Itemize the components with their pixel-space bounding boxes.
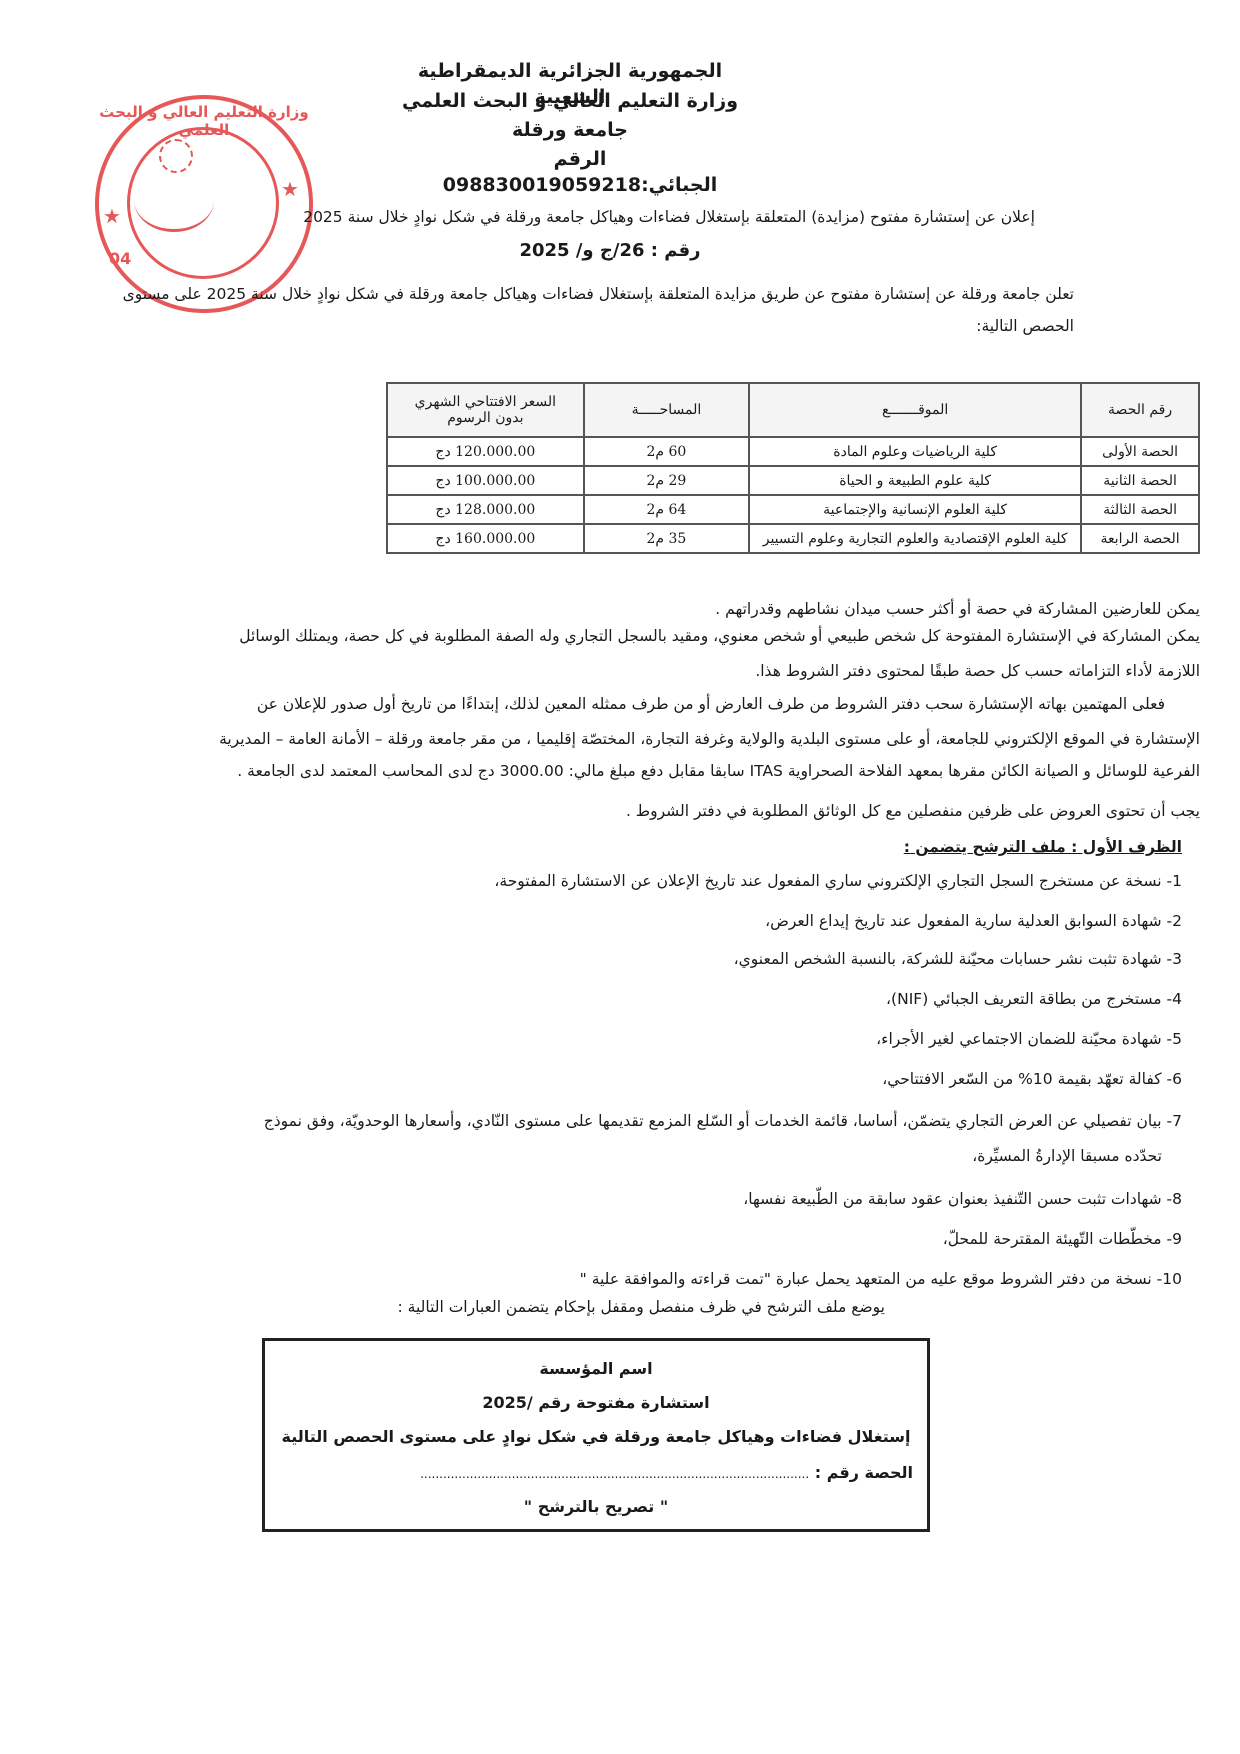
- requirement-item: 1- نسخة عن مستخرج السجل التجاري الإلكترو…: [494, 870, 1182, 892]
- stamp-code: 04: [109, 249, 131, 268]
- requirement-item-continuation: تحدّده مسبقا الإدارةُ المسيِّرة،: [972, 1145, 1162, 1167]
- lots-table: رقم الحصة الموقـــــــع المساحـــــة الس…: [386, 382, 1200, 554]
- requirement-item: 6- كفالة تعهّد بقيمة 10% من السّعر الافت…: [882, 1068, 1182, 1090]
- announcement-title: إعلان عن إستشارة مفتوح (مزايدة) المتعلقة…: [303, 206, 1035, 228]
- requirement-item: 4- مستخرج من بطاقة التعريف الجبائي (NIF)…: [886, 988, 1182, 1010]
- box-institution-name: اسم المؤسسة: [265, 1359, 927, 1378]
- requirement-text: نسخة عن مستخرج السجل التجاري الإلكتروني …: [494, 872, 1161, 890]
- box-lot-label: الحصة رقم :: [815, 1463, 913, 1482]
- requirement-item: 5- شهادة محيّنة للضمان الاجتماعي لغير ال…: [876, 1028, 1182, 1050]
- requirement-number: 9-: [1167, 1230, 1182, 1248]
- header-price-line2: بدون الرسوم: [392, 410, 579, 426]
- requirement-text: شهادات تثبت حسن التّنفيذ بعنوان عقود ساب…: [743, 1190, 1161, 1208]
- requirement-number: 10-: [1157, 1270, 1182, 1288]
- cell-price: 100.000.00 دج: [387, 466, 584, 495]
- requirement-text: نسخة من دفتر الشروط موقع عليه من المتعهد…: [580, 1270, 1152, 1288]
- requirement-number: 2-: [1167, 912, 1182, 930]
- box-lot-line: الحصة رقم : ............................…: [265, 1463, 927, 1482]
- stamp-crescent-emblem: [134, 169, 214, 232]
- requirement-item: 9- مخطّطات التّهيئة المقترحة للمحلّ،: [943, 1228, 1182, 1250]
- requirement-text: شهادة تثبت نشر حسابات محيّنة للشركة، بال…: [734, 950, 1162, 968]
- cell-price: 160.000.00 دج: [387, 524, 584, 553]
- ministry-title: وزارة التعليم العالي و البحث العلمي: [380, 88, 760, 114]
- cell-lot: الحصة الرابعة: [1081, 524, 1199, 553]
- document-page: الجمهورية الجزائرية الديمقراطية الشعبية …: [0, 0, 1240, 1754]
- star-icon: ★: [103, 204, 121, 228]
- envelope-note: يوضع ملف الترشح في ظرف منفصل ومقفل بإحكا…: [398, 1296, 886, 1318]
- cell-price: 120.000.00 دج: [387, 437, 584, 466]
- cell-price: 128.000.00 دج: [387, 495, 584, 524]
- requirement-text: بيان تفصيلي عن العرض التجاري يتضمّن، أسا…: [264, 1112, 1162, 1130]
- cell-lot: الحصة الثانية: [1081, 466, 1199, 495]
- cell-lot: الحصة الأولى: [1081, 437, 1199, 466]
- envelope-label-box: اسم المؤسسة استشارة مفتوحة رقم /2025 إست…: [262, 1338, 930, 1532]
- requirement-text: مستخرج من بطاقة التعريف الجبائي (NIF)،: [886, 990, 1162, 1008]
- paragraph-withdrawal-1: فعلى المهتمين بهاته الإستشارة سحب دفتر ا…: [257, 693, 1165, 715]
- box-declaration: " تصريح بالترشح ": [265, 1497, 927, 1516]
- box-subject: إستغلال فضاءات وهياكل جامعة ورقلة في شكل…: [265, 1427, 927, 1446]
- paragraph-participation: يمكن للعارضين المشاركة في حصة أو أكثر حس…: [715, 598, 1200, 620]
- paragraph-eligibility-2: اللازمة لأداء التزاماته حسب كل حصة طبقًا…: [755, 660, 1200, 682]
- cell-lot: الحصة الثالثة: [1081, 495, 1199, 524]
- announcement-reference: رقم : 26/ج و/ 2025: [480, 240, 740, 261]
- section-title-first-envelope: الظرف الأول : ملف الترشح يتضمن :: [904, 836, 1182, 858]
- requirement-number: 6-: [1167, 1070, 1182, 1088]
- requirement-text: شهادة محيّنة للضمان الاجتماعي لغير الأجر…: [876, 1030, 1161, 1048]
- cell-area: 29 م2: [584, 466, 749, 495]
- intro-line-2: الحصص التالية:: [976, 315, 1074, 337]
- box-lot-dots: ........................................…: [420, 1467, 809, 1481]
- tax-id-line: الرقم الجبائي:098830019059218: [430, 146, 730, 198]
- table-header-row: رقم الحصة الموقـــــــع المساحـــــة الس…: [387, 383, 1199, 437]
- star-icon: ★: [281, 177, 299, 201]
- header-lot: رقم الحصة: [1081, 383, 1199, 437]
- cell-location: كلية العلوم الإنسانية والإجتماعية: [749, 495, 1081, 524]
- requirement-number: 4-: [1167, 990, 1182, 1008]
- requirement-number: 1-: [1167, 872, 1182, 890]
- paragraph-eligibility-1: يمكن المشاركة في الإستشارة المفتوحة كل ش…: [239, 625, 1200, 647]
- university-name: جامعة ورقلة: [380, 117, 760, 143]
- table-row: الحصة الأولى كلية الرياضيات وعلوم المادة…: [387, 437, 1199, 466]
- cell-area: 35 م2: [584, 524, 749, 553]
- requirement-item: 7- بيان تفصيلي عن العرض التجاري يتضمّن، …: [264, 1110, 1182, 1132]
- paragraph-withdrawal-2: الإستشارة في الموقع الإلكتروني للجامعة، …: [219, 728, 1200, 750]
- cell-area: 64 م2: [584, 495, 749, 524]
- requirement-item: 2- شهادة السوابق العدلية سارية المفعول ع…: [765, 910, 1182, 932]
- requirement-number: 7-: [1167, 1112, 1182, 1130]
- paragraph-envelopes: يجب أن تحتوى العروض على ظرفين منفصلين مع…: [626, 800, 1200, 822]
- requirement-text: كفالة تعهّد بقيمة 10% من السّعر الافتتاح…: [882, 1070, 1161, 1088]
- requirement-number: 3-: [1167, 950, 1182, 968]
- requirement-item: 10- نسخة من دفتر الشروط موقع عليه من الم…: [580, 1268, 1182, 1290]
- table-row: الحصة الثالثة كلية العلوم الإنسانية والإ…: [387, 495, 1199, 524]
- requirement-number: 5-: [1167, 1030, 1182, 1048]
- official-stamp: وزارة التعليم العالي و البحث العلمي ★ ★ …: [95, 95, 313, 313]
- tax-id-value: 098830019059218: [443, 174, 641, 196]
- box-consultation-number: استشارة مفتوحة رقم /2025: [265, 1393, 927, 1412]
- requirement-text: شهادة السوابق العدلية سارية المفعول عند …: [765, 912, 1161, 930]
- cell-location: كلية الرياضيات وعلوم المادة: [749, 437, 1081, 466]
- requirement-item: 3- شهادة تثبت نشر حسابات محيّنة للشركة، …: [734, 948, 1182, 970]
- intro-line-1: تعلن جامعة ورقلة عن إستشارة مفتوح عن طري…: [123, 283, 1074, 305]
- table-row: الحصة الرابعة كلية العلوم الإقتصادية وال…: [387, 524, 1199, 553]
- cell-location: كلية العلوم الإقتصادية والعلوم التجارية …: [749, 524, 1081, 553]
- paragraph-withdrawal-3: الفرعية للوسائل و الصيانة الكائن مقرها ب…: [237, 760, 1200, 782]
- requirement-number: 8-: [1167, 1190, 1182, 1208]
- header-location: الموقـــــــع: [749, 383, 1081, 437]
- cell-location: كلية علوم الطبيعة و الحياة: [749, 466, 1081, 495]
- header-price: السعر الافتتاحي الشهري بدون الرسوم: [387, 383, 584, 437]
- requirement-item: 8- شهادات تثبت حسن التّنفيذ بعنوان عقود …: [743, 1188, 1182, 1210]
- requirement-text: مخطّطات التّهيئة المقترحة للمحلّ،: [943, 1230, 1162, 1248]
- header-area: المساحـــــة: [584, 383, 749, 437]
- header-price-line1: السعر الافتتاحي الشهري: [392, 394, 579, 410]
- stamp-sun-emblem: [159, 139, 193, 173]
- cell-area: 60 م2: [584, 437, 749, 466]
- table-row: الحصة الثانية كلية علوم الطبيعة و الحياة…: [387, 466, 1199, 495]
